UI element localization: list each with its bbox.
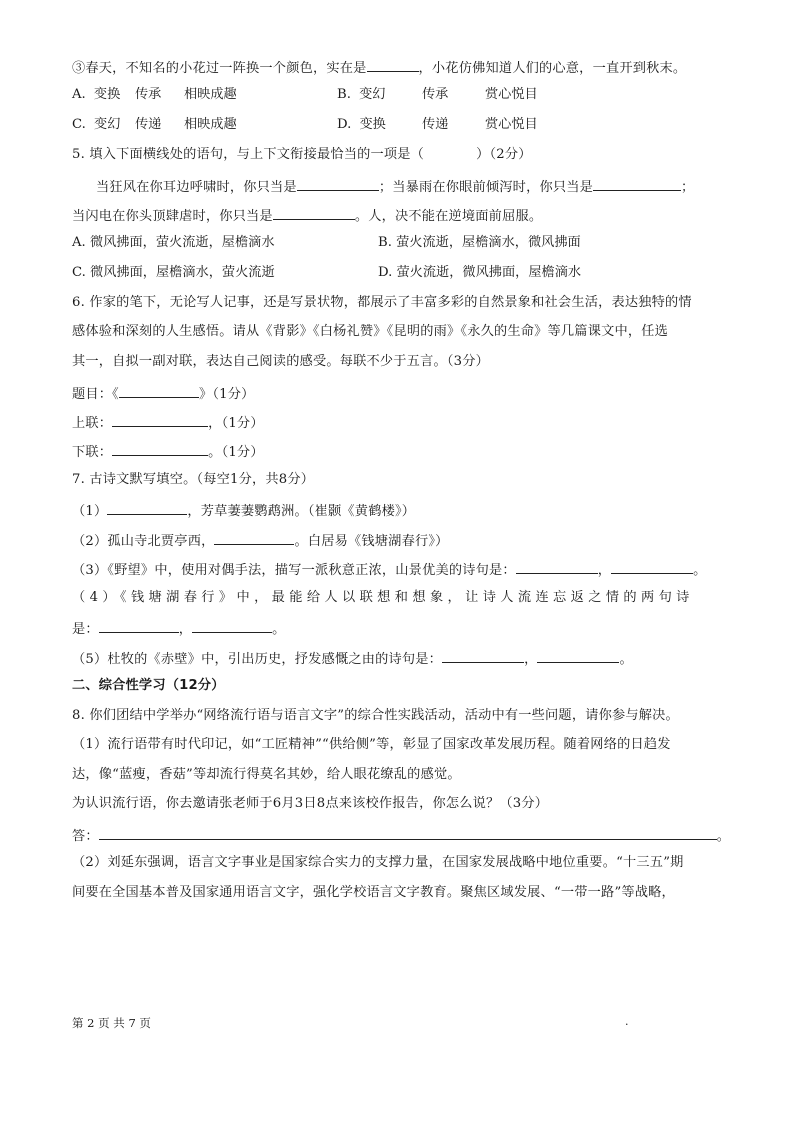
exam-page: ③春天，不知名的小花过一阵换一个颜色，实在是，小花仿佛知道人们的心意，一直开到秋… bbox=[0, 0, 793, 1122]
passage-text: 。人，决不能在逆境面前屈服。 bbox=[355, 209, 542, 224]
option-label: C. bbox=[72, 117, 86, 132]
field-label: 下联： bbox=[72, 445, 112, 460]
answer-blank[interactable] bbox=[273, 205, 355, 220]
q4-option-d[interactable]: D. 变换 传递 赏心悦目 bbox=[337, 116, 386, 134]
sub-text: （2）孤山寺北贾亭西， bbox=[72, 534, 214, 549]
passage-text: 当狂风在你耳边呼啸时，你只当是 bbox=[96, 180, 297, 195]
answer-blank[interactable] bbox=[367, 57, 419, 72]
sub-text: 。 bbox=[619, 652, 632, 667]
q7-sub4-line2: 是：，。 bbox=[72, 618, 286, 639]
option-word: 相映成趣 bbox=[184, 116, 237, 134]
option-word: 传递 bbox=[422, 116, 448, 134]
q5-stem: 5. 填入下面横线处的语句，与上下文衔接最恰当的一项是（）（2分） bbox=[72, 146, 532, 164]
q4-option-b[interactable]: B. 变幻 传承 赏心悦目 bbox=[337, 86, 385, 104]
score-note: ，（1分） bbox=[208, 416, 264, 431]
q4-option-c[interactable]: C. 变幻 传递 相映成趣 bbox=[72, 116, 120, 134]
q6-stem-line3: 其一，自拟一副对联，表达自己阅读的感受。每联不少于五言。（3分） bbox=[72, 353, 489, 371]
sub-text: ，芳草萋萋鹦鹉洲。（崔颢《黄鹤楼》） bbox=[187, 504, 415, 519]
q4-item3-text-before: ③春天，不知名的小花过一阵换一个颜色，实在是 bbox=[72, 61, 367, 76]
footer-dot: . bbox=[625, 1015, 629, 1028]
passage-text: ； bbox=[681, 180, 694, 195]
passage-text: ；当暴雨在你眼前倾泻时，你只当是 bbox=[379, 180, 593, 195]
answer-blank[interactable] bbox=[516, 559, 598, 574]
q5-stem-text: 5. 填入下面横线处的语句，与上下文衔接最恰当的一项是（ bbox=[72, 147, 424, 162]
q8-sub1-question: 为认识流行语，你去邀请张老师于6月3日8点来该校作报告，你怎么说？（3分） bbox=[72, 795, 548, 813]
sub-label: （1） bbox=[72, 504, 107, 519]
answer-end: 。 bbox=[717, 829, 730, 844]
score-note: 》（1分） bbox=[199, 387, 255, 402]
q7-sub4-line1: （4）《钱塘湖春行》中，最能给人以联想和想象，让诗人流连忘返之情的两句诗 bbox=[72, 589, 694, 607]
q7-sub3: （3）《野望》中，使用对偶手法，描写一派秋意正浓，山景优美的诗句是：，。 bbox=[72, 559, 707, 580]
field-label: 题目：《 bbox=[72, 387, 119, 402]
q5-option-c[interactable]: C. 微风拂面，屋檐滴水，萤火流逝 bbox=[72, 264, 275, 282]
sub-text: ， bbox=[598, 563, 611, 578]
option-label: B. bbox=[337, 87, 351, 102]
sub-text: 。 bbox=[693, 563, 706, 578]
page-footer: 第 2 页 共 7 页 bbox=[72, 1015, 151, 1031]
option-label: B. bbox=[378, 235, 392, 250]
answer-blank[interactable] bbox=[442, 648, 524, 663]
option-label: C. bbox=[72, 265, 86, 280]
option-word: 传承 bbox=[135, 86, 161, 104]
q7-sub2: （2）孤山寺北贾亭西，。白居易《钱塘湖春行》） bbox=[72, 530, 449, 551]
sub-text: 是： bbox=[72, 622, 99, 637]
q4-item3: ③春天，不知名的小花过一阵换一个颜色，实在是，小花仿佛知道人们的心意，一直开到秋… bbox=[72, 57, 686, 78]
answer-blank[interactable] bbox=[192, 618, 272, 633]
sub-text: （3）《野望》中，使用对偶手法，描写一派秋意正浓，山景优美的诗句是： bbox=[72, 563, 516, 578]
q8-answer-row: 答：。 bbox=[72, 825, 730, 846]
sub-text: ， bbox=[524, 652, 537, 667]
sub-text: 。白居易《钱塘湖春行》） bbox=[294, 534, 448, 549]
answer-blank[interactable] bbox=[99, 618, 179, 633]
upper-couplet-blank[interactable] bbox=[112, 412, 208, 427]
score-note: 。（1分） bbox=[208, 445, 264, 460]
q6-stem-line2: 感体验和深刻的人生感悟。请从《背影》《白杨礼赞》《昆明的雨》《永久的生命》等几篇… bbox=[72, 323, 668, 341]
q7-stem: 7. 古诗文默写填空。（每空1分，共8分） bbox=[72, 471, 314, 489]
answer-line-blank[interactable] bbox=[99, 825, 717, 840]
section-title: 二、综合性学习（12分） bbox=[72, 677, 225, 695]
q6-title-row: 题目：《》（1分） bbox=[72, 383, 255, 404]
q7-sub5: （5）杜牧的《赤壁》中，引出历史，抒发感慨之由的诗句是：，。 bbox=[72, 648, 633, 669]
option-word: 传递 bbox=[135, 116, 161, 134]
answer-blank[interactable] bbox=[593, 176, 681, 191]
q6-stem-line1: 6. 作家的笔下，无论写人记事，还是写景状物，都展示了丰富多彩的自然景象和社会生… bbox=[72, 294, 692, 312]
option-word: 变幻 bbox=[94, 117, 120, 132]
option-label: A. bbox=[72, 235, 86, 250]
q5-option-b[interactable]: B. 萤火流逝，屋檐滴水，微风拂面 bbox=[378, 234, 581, 252]
q4-option-a[interactable]: A. 变换 传承 相映成趣 bbox=[72, 86, 120, 104]
option-word: 赏心悦目 bbox=[485, 116, 538, 134]
option-text: 微风拂面，萤火流逝，屋檐滴水 bbox=[90, 235, 275, 250]
option-text: 萤火流逝，屋檐滴水，微风拂面 bbox=[396, 235, 581, 250]
answer-label: 答： bbox=[72, 829, 99, 844]
option-word: 变换 bbox=[94, 87, 120, 102]
sub-text: 。 bbox=[272, 622, 285, 637]
q4-item3-text-after: ，小花仿佛知道人们的心意，一直开到秋末。 bbox=[419, 61, 687, 76]
answer-blank[interactable] bbox=[611, 559, 693, 574]
q6-upper-row: 上联：，（1分） bbox=[72, 412, 264, 433]
answer-blank[interactable] bbox=[297, 176, 379, 191]
q5-passage-line1: 当狂风在你耳边呼啸时，你只当是；当暴雨在你眼前倾泻时，你只当是； bbox=[96, 176, 694, 197]
option-label: A. bbox=[72, 87, 86, 102]
field-label: 上联： bbox=[72, 416, 112, 431]
q5-option-d[interactable]: D. 萤火流逝，微风拂面，屋檐滴水 bbox=[378, 264, 581, 282]
option-word: 变换 bbox=[360, 117, 386, 132]
q8-stem: 8. 你们团结中学举办“网络流行语与语言文字”的综合性实践活动，活动中有一些问题… bbox=[72, 707, 679, 725]
q8-sub2-line2: 间要在全国基本普及国家通用语言文字，强化学校语言文字教育。聚焦区域发展、“一带一… bbox=[72, 884, 675, 902]
q8-sub2-line1: （2）刘延东强调，语言文字事业是国家综合实力的支撑力量，在国家发展战略中地位重要… bbox=[72, 854, 684, 872]
q7-sub1: （1），芳草萋萋鹦鹉洲。（崔颢《黄鹤楼》） bbox=[72, 500, 415, 521]
answer-blank[interactable] bbox=[107, 500, 187, 515]
option-label: D. bbox=[337, 117, 351, 132]
option-word: 变幻 bbox=[359, 87, 385, 102]
title-input-blank[interactable] bbox=[119, 383, 199, 398]
option-label: D. bbox=[378, 265, 392, 280]
passage-text: 当闪电在你头顶肆虐时，你只当是 bbox=[72, 209, 273, 224]
q8-sub1-line2: 达，像“蓝瘦，香菇”等却流行得莫名其妙，给人眼花缭乱的感觉。 bbox=[72, 766, 461, 784]
option-word: 相映成趣 bbox=[184, 86, 237, 104]
option-word: 传承 bbox=[422, 86, 448, 104]
q6-lower-row: 下联：。（1分） bbox=[72, 441, 264, 462]
answer-blank[interactable] bbox=[537, 648, 619, 663]
option-word: 赏心悦目 bbox=[485, 86, 538, 104]
q8-sub1-line1: （1）流行语带有时代印记，如“工匠精神”“供给侧”等，彰显了国家改革发展历程。随… bbox=[72, 736, 671, 754]
option-text: 微风拂面，屋檐滴水，萤火流逝 bbox=[90, 265, 275, 280]
q5-option-a[interactable]: A. 微风拂面，萤火流逝，屋檐滴水 bbox=[72, 234, 275, 252]
sub-text: ， bbox=[179, 622, 192, 637]
q5-passage-line2: 当闪电在你头顶肆虐时，你只当是。人，决不能在逆境面前屈服。 bbox=[72, 205, 542, 226]
option-text: 萤火流逝，微风拂面，屋檐滴水 bbox=[397, 265, 582, 280]
lower-couplet-blank[interactable] bbox=[112, 441, 208, 456]
sub-text: （5）杜牧的《赤壁》中，引出历史，抒发感慨之由的诗句是： bbox=[72, 652, 442, 667]
answer-blank[interactable] bbox=[214, 530, 294, 545]
q5-score: ）（2分） bbox=[476, 147, 532, 162]
